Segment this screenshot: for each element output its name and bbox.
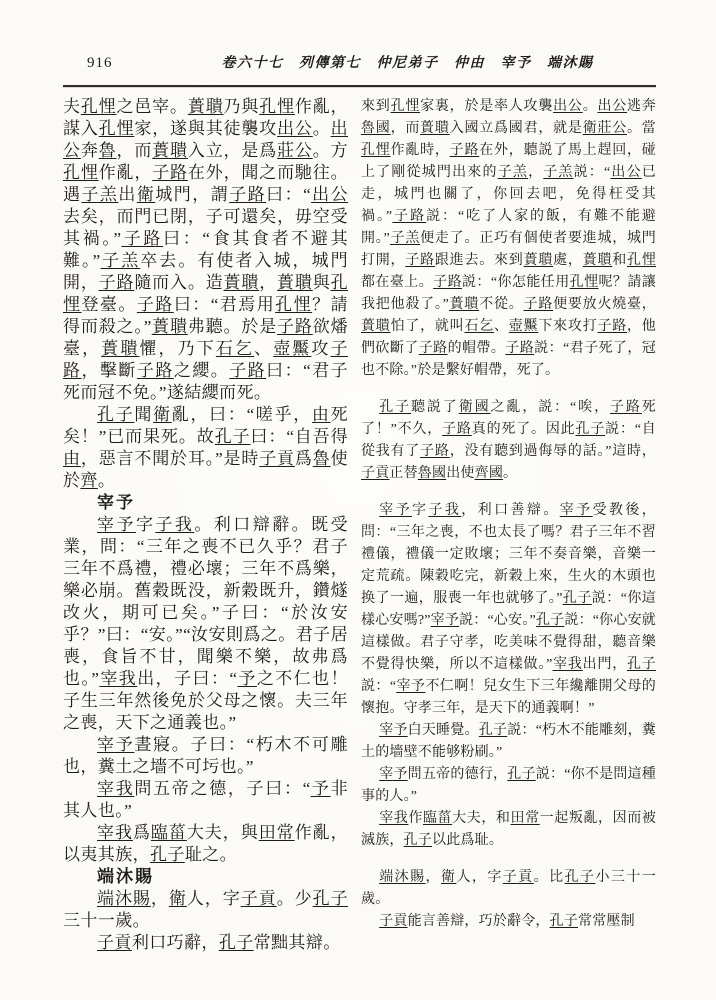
proper-noun-underline: 宰我 (379, 811, 408, 826)
proper-noun-underline: 子貢 (379, 914, 407, 929)
proper-noun-underline: 壺黶 (273, 339, 311, 358)
proper-noun-underline: 魯 (313, 449, 331, 468)
proper-noun-underline: 蕢聵 (524, 253, 554, 268)
proper-noun-underline: 孔悝 (81, 97, 117, 116)
paragraph: 宰予問五帝的德行，孔子説：“你不是問這種事的人。” (361, 764, 656, 808)
proper-noun-underline: 子貢 (259, 449, 295, 468)
proper-noun-underline: 蕢聵 (361, 319, 391, 334)
paragraph: 孔子聞衛亂，曰：“嗟乎，由死矣！”已而果死。故孔子曰：“自吾得由，惡言不聞於耳。… (63, 404, 348, 492)
proper-noun-underline: 子貢 (97, 933, 132, 952)
proper-noun-underline: 子路 (99, 273, 135, 292)
paragraph: 宰予晝寢。子曰：“朽木不可雕也，糞土之墻不可圬也。” (63, 734, 348, 778)
header-rule (63, 85, 656, 87)
proper-noun-underline: 壺黶 (509, 319, 539, 334)
proper-noun-underline: 石乞 (464, 319, 494, 334)
proper-noun-underline: 子路 (442, 422, 472, 437)
proper-noun-underline: 宰予 (379, 767, 407, 782)
proper-noun-underline: 孔子 (563, 591, 592, 606)
proper-noun-underline: 由 (312, 405, 331, 424)
chapter-title: 卷六十七 列傳第七 仲尼弟子 仲由 宰予 端沐賜 (63, 52, 656, 72)
proper-noun-underline: 莊公 (277, 141, 313, 160)
proper-noun-underline: 子路 (277, 317, 313, 336)
proper-noun-underline: 宰予 (431, 613, 459, 628)
proper-noun-underline: 孔子 (479, 723, 507, 738)
translation-column: 來到孔悝家裏，於是率人攻襲出公。出公逃奔魯國，而蕢聵入國立爲國君，就是衛莊公。當… (361, 96, 656, 954)
proper-noun-underline: 出公 (311, 185, 348, 204)
proper-noun-underline: 孔子 (97, 405, 134, 424)
proper-noun-underline: 子路 (610, 400, 642, 415)
proper-noun-underline: 子路 (152, 163, 188, 182)
proper-noun-underline: 孔子 (215, 427, 251, 446)
proper-noun-underline: 宰予 (560, 503, 593, 518)
proper-noun-underline: 予 (311, 779, 331, 798)
proper-noun-underline: 蕢聵 (188, 97, 224, 116)
proper-noun-underline: 宰予 (379, 723, 407, 738)
proper-noun-underline: 子路 (524, 297, 554, 312)
book-page: 916 卷六十七 列傳第七 仲尼弟子 仲由 宰予 端沐賜 夫孔悝之邑宰。蕢聵乃與… (0, 0, 716, 1000)
proper-noun-underline: 田常 (259, 823, 295, 842)
proper-noun-underline: 衛國 (459, 400, 491, 415)
proper-noun-underline: 蕢聵 (277, 273, 313, 292)
proper-noun-underline: 出公 (610, 165, 641, 180)
proper-noun-underline: 宰我 (97, 823, 133, 842)
paragraph: 端沐賜，衛人，字子貢。比孔子小三十一歲。 (361, 867, 656, 911)
proper-noun-underline: 孔悝 (275, 295, 312, 314)
proper-noun-underline: 子我 (155, 515, 194, 534)
proper-noun-underline: 魯 (99, 141, 117, 160)
proper-noun-underline: 田常 (511, 811, 540, 826)
proper-noun-underline: 子路 (420, 444, 450, 459)
proper-noun-underline: 臨菑 (423, 811, 452, 826)
proper-noun-underline: 子路 (450, 143, 480, 158)
proper-noun-underline: 孔悝 (570, 275, 599, 290)
proper-noun-underline: 子路 (229, 361, 266, 380)
proper-noun-underline: 魯國 (361, 121, 391, 136)
proper-noun-underline: 宰我 (97, 779, 134, 798)
proper-noun-underline: 子路 (137, 295, 174, 314)
proper-noun-underline: 孔子 (550, 914, 578, 929)
proper-noun-underline: 出公 (553, 99, 583, 114)
proper-noun-underline: 端沐賜 (97, 889, 151, 908)
proper-noun-underline: 孔子 (404, 833, 432, 848)
proper-noun-underline: 予 (237, 669, 256, 688)
paragraph: 子貢能言善辯，巧於辭令，孔子常常壓制 (361, 911, 656, 933)
proper-noun-underline: 孔悝 (259, 97, 295, 116)
proper-noun-underline: 宰予 (97, 735, 134, 754)
proper-noun-underline: 孔子 (565, 870, 596, 885)
proper-noun-underline: 子路 (121, 229, 163, 248)
proper-noun-underline: 蕢聵 (152, 317, 188, 336)
proper-noun-underline: 孔子 (507, 767, 535, 782)
proper-noun-underline: 子貢 (241, 889, 277, 908)
proper-noun-underline: 子路 (392, 209, 426, 224)
proper-noun-underline: 出公 (277, 119, 313, 138)
proper-noun-underline: 子路 (433, 275, 462, 290)
paragraph: 宰我作臨菑大夫，和田常一起叛亂，因而被滅族，孔子以此爲耻。 (361, 808, 656, 852)
paragraph: 夫孔悝之邑宰。蕢聵乃與孔悝作亂，謀入孔悝家，遂與其徒襲攻出公。出公奔魯，而蕢聵入… (63, 96, 348, 404)
proper-noun-underline: 子羔 (498, 165, 528, 180)
paragraph: 宰我爲臨菑大夫，與田常作亂，以夷其族，孔子耻之。 (63, 822, 348, 866)
proper-noun-underline: 衛 (137, 185, 155, 204)
classical-text-column: 夫孔悝之邑宰。蕢聵乃與孔悝作亂，謀入孔悝家，遂與其徒襲攻出公。出公奔魯，而蕢聵入… (63, 96, 348, 954)
proper-noun-underline: 孔悝 (627, 253, 656, 268)
paragraph: 孔子聽説了衛國之亂，説：“唉，子路死了！”不久，子路真的死了。因此孔子説：“自從… (361, 397, 656, 485)
section-heading: 端沐賜 (63, 866, 348, 888)
proper-noun-underline: 衛 (441, 870, 456, 885)
proper-noun-underline: 宰予 (396, 679, 425, 694)
proper-noun-underline: 子路 (505, 341, 534, 356)
paragraph: 端沐賜，衛人，字子貢。少孔子三十一歲。 (63, 888, 348, 932)
proper-noun-underline: 子羔 (81, 185, 118, 204)
paragraph: 宰予字子我。利口辯辭。既受業，問：“三年之喪不已久乎？君子三年不爲禮，禮必壞；三… (63, 514, 348, 734)
proper-noun-underline: 子路 (229, 185, 266, 204)
paragraph: 宰我問五帝之德，子曰：“予非其人也。” (63, 778, 348, 822)
proper-noun-underline: 子羔 (390, 231, 420, 246)
proper-noun-underline: 孔悝 (99, 119, 135, 138)
proper-noun-underline: 孔悝 (361, 143, 391, 158)
proper-noun-underline: 宰予 (379, 503, 412, 518)
proper-noun-underline: 齊 (80, 471, 97, 490)
proper-noun-underline: 蕢聵 (420, 121, 450, 136)
proper-noun-underline: 孔子 (313, 889, 348, 908)
proper-noun-underline: 宰予 (97, 515, 136, 534)
proper-noun-underline: 由 (63, 449, 81, 468)
proper-noun-underline: 蕢聵 (583, 253, 613, 268)
proper-noun-underline: 端沐賜 (379, 870, 425, 885)
proper-noun-underline: 孔子 (576, 422, 606, 437)
proper-noun-underline: 蕢聵 (101, 339, 139, 358)
proper-noun-underline: 衛 (169, 889, 187, 908)
proper-noun-underline: 孔子 (627, 657, 656, 672)
proper-noun-underline: 子路 (597, 319, 627, 334)
proper-noun-underline: 子路 (137, 361, 174, 380)
proper-noun-underline: 齊國 (475, 466, 503, 481)
paragraph: 宰予白天睡覺。孔子説：“朽木不能雕刻，糞土的墻壁不能够粉刷。” (361, 720, 656, 764)
proper-noun-underline: 子羔 (543, 165, 573, 180)
proper-noun-underline: 魯國 (418, 466, 446, 481)
proper-noun-underline: 孔子 (379, 400, 411, 415)
paragraph: 宰予字子我，利口善辯。宰予受教後，問：“三年之喪，不也太長了嗎？君子三年不習禮儀… (361, 500, 656, 720)
section-heading: 宰予 (63, 492, 348, 514)
proper-noun-underline: 蕢聵 (224, 273, 260, 292)
proper-noun-underline: 石乞 (216, 339, 254, 358)
proper-noun-underline: 子羔 (101, 251, 141, 270)
proper-noun-underline: 子我 (428, 503, 461, 518)
paragraph: 子貢利口巧辭，孔子常黜其辯。 (63, 932, 348, 954)
proper-noun-underline: 臨菑 (151, 823, 187, 842)
proper-noun-underline: 宰我 (99, 669, 137, 688)
paragraph: 來到孔悝家裏，於是率人攻襲出公。出公逃奔魯國，而蕢聵入國立爲國君，就是衛莊公。當… (361, 96, 656, 382)
proper-noun-underline: 孔子 (150, 845, 185, 864)
proper-noun-underline: 子貢 (361, 466, 389, 481)
proper-noun-underline: 蕢聵 (152, 141, 188, 160)
proper-noun-underline: 子貢 (503, 870, 534, 885)
proper-noun-underline: 子路 (419, 341, 448, 356)
proper-noun-underline: 蕢聵 (449, 297, 479, 312)
proper-noun-underline: 衛 (153, 405, 172, 424)
proper-noun-underline: 出公 (597, 99, 627, 114)
page-body: 夫孔悝之邑宰。蕢聵乃與孔悝作亂，謀入孔悝家，遂與其徒襲攻出公。出公奔魯，而蕢聵入… (63, 96, 656, 954)
page-number: 916 (87, 55, 113, 72)
proper-noun-underline: 孔子 (536, 613, 564, 628)
proper-noun-underline: 孔悝 (63, 163, 99, 182)
proper-noun-underline: 衛莊公 (583, 121, 627, 136)
page-header: 916 卷六十七 列傳第七 仲尼弟子 仲由 宰予 端沐賜 (63, 52, 656, 78)
proper-noun-underline: 子路 (405, 253, 435, 268)
proper-noun-underline: 孔子 (219, 933, 254, 952)
proper-noun-underline: 宰我 (553, 657, 583, 672)
proper-noun-underline: 孔悝 (391, 99, 421, 114)
